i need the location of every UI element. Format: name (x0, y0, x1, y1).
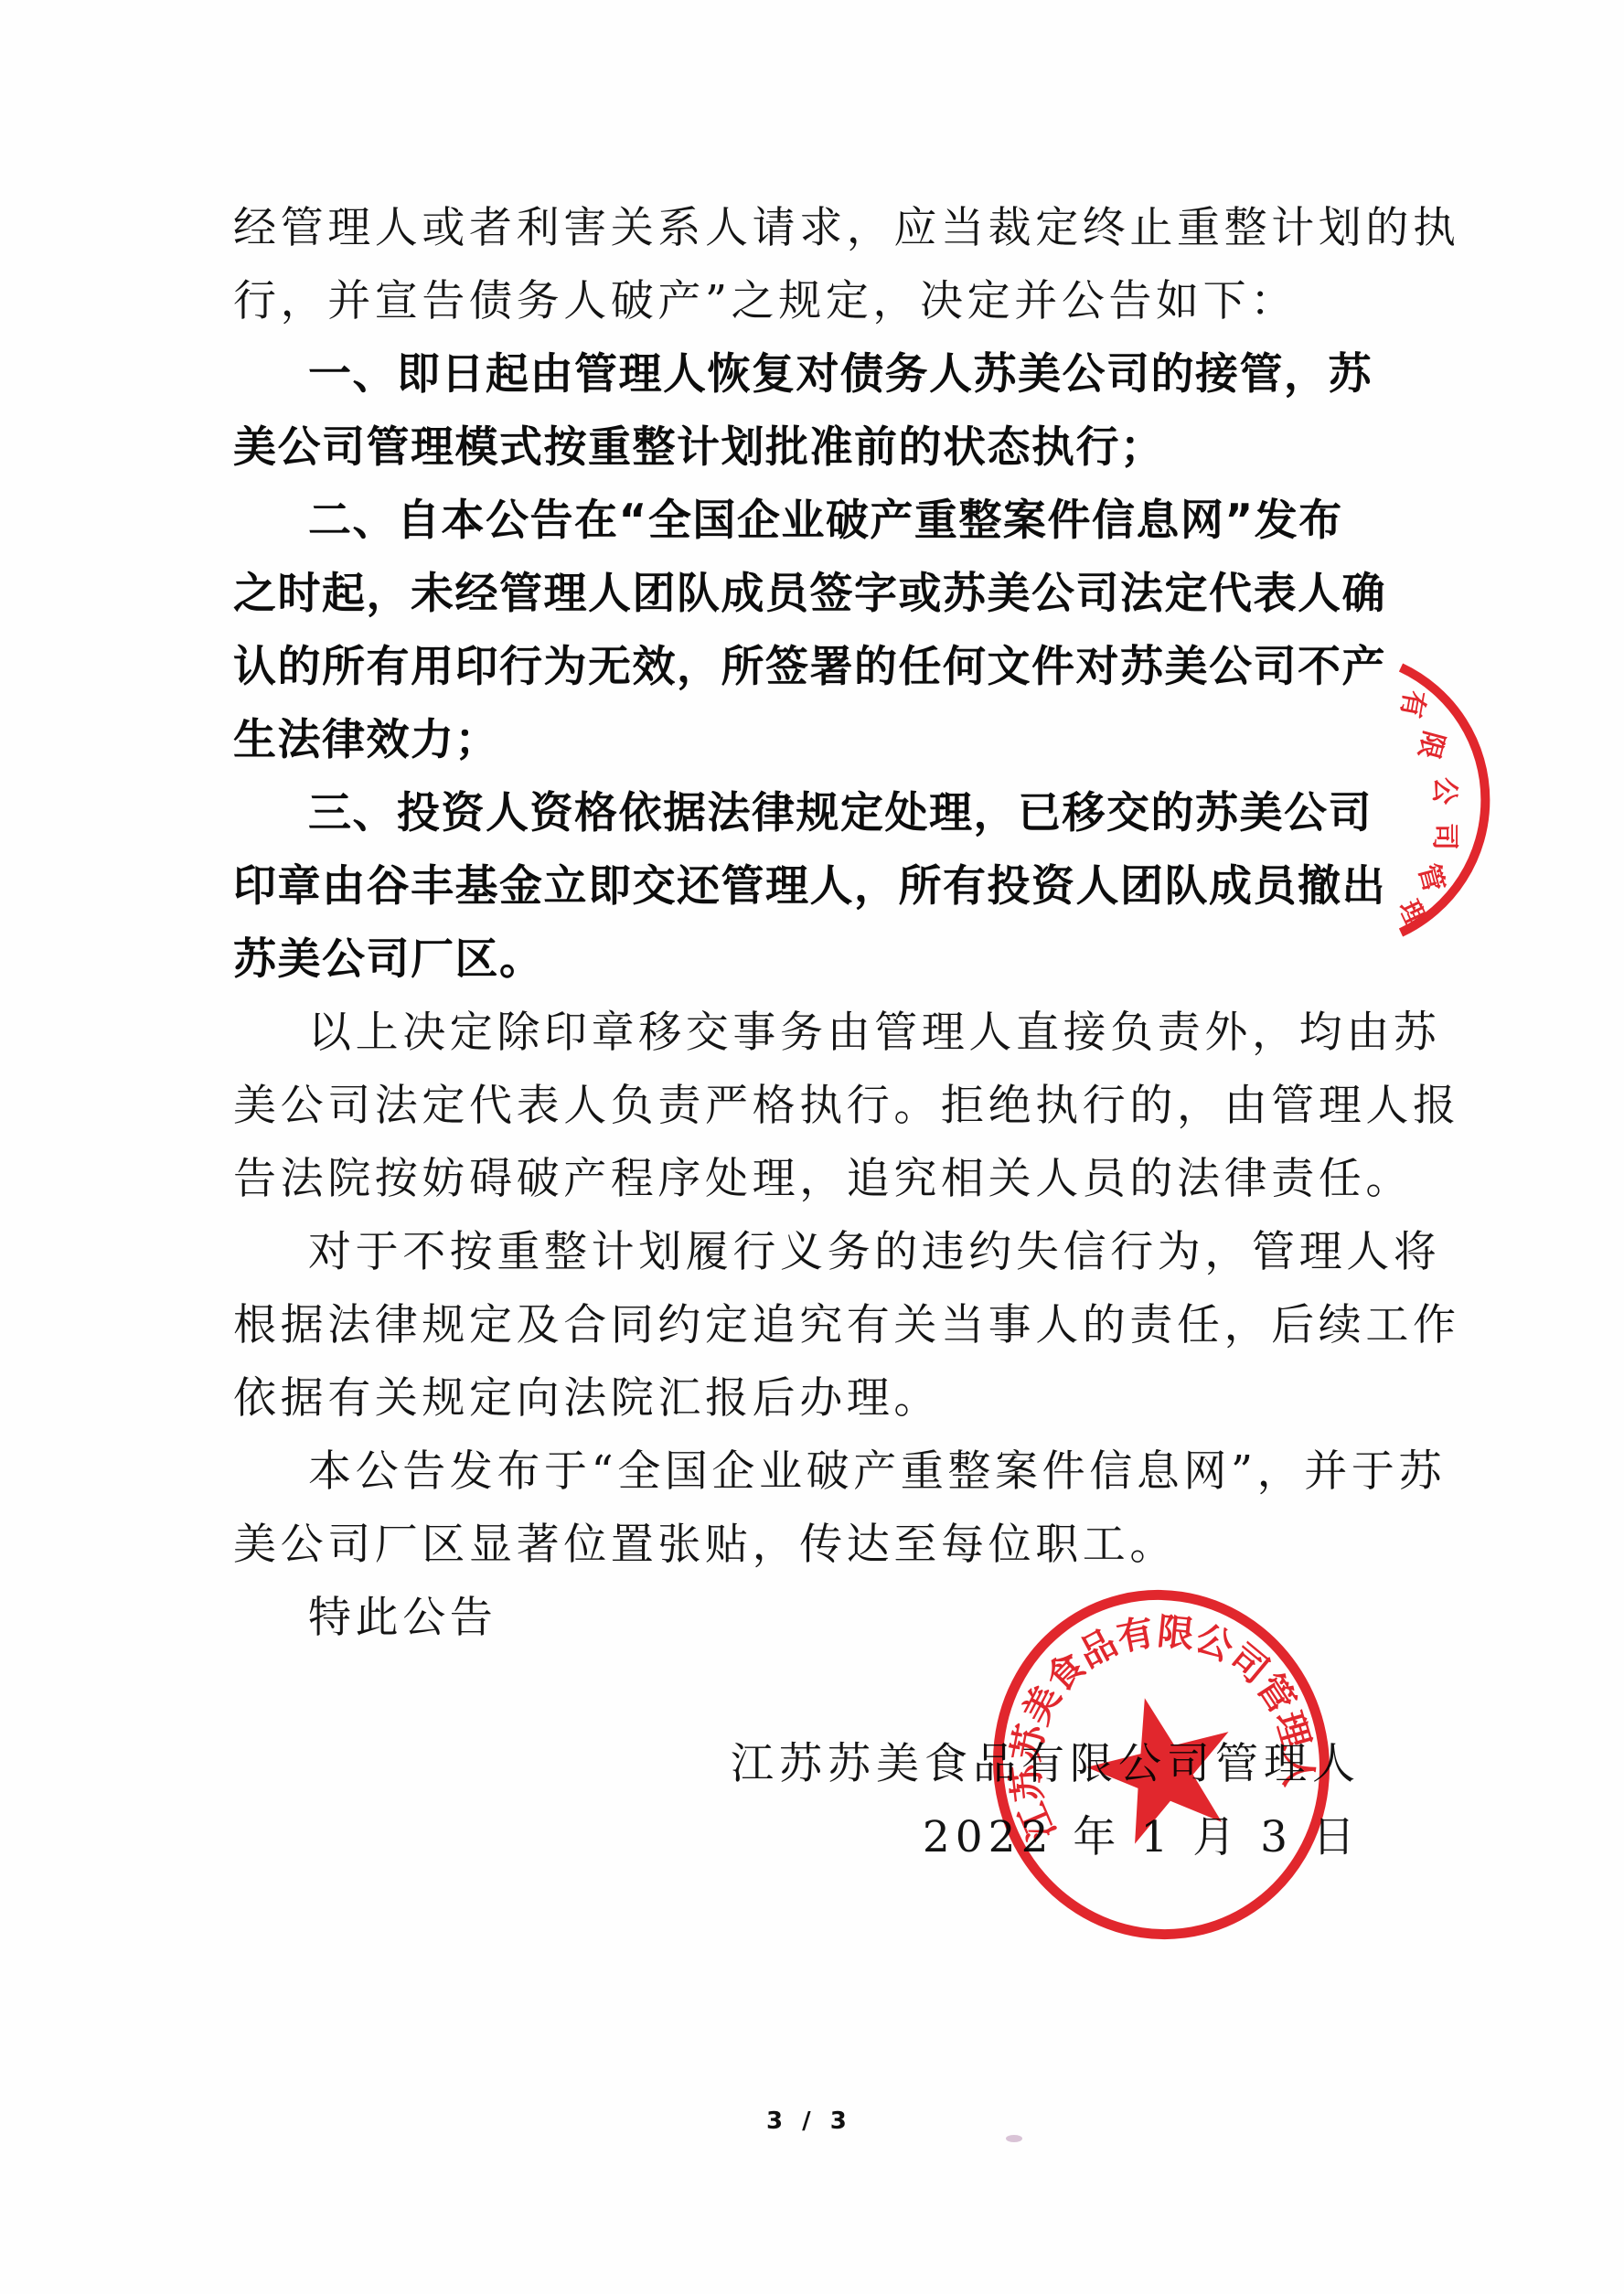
preamble-line-2: 行，并宣告债务人破产”之规定，决定并公告如下： (233, 265, 1367, 338)
svg-text:限: 限 (1412, 728, 1450, 763)
decision-2-line-4: 生法律效力； (233, 704, 1367, 777)
enforcement-line-1: 以上决定除印章移交事务由管理人直接负责外，均由苏 (233, 997, 1367, 1070)
svg-text:司: 司 (1428, 823, 1460, 850)
decision-2-line-2: 之时起，未经管理人团队成员签字或苏美公司法定代表人确 (233, 558, 1367, 631)
decision-3-line-1: 三、投资人资格依据法律规定处理，已移交的苏美公司 (233, 777, 1367, 850)
decision-2-line-3: 认的所有用印行为无效，所签署的任何文件对苏美公司不产 (233, 631, 1367, 704)
scan-smudge (1006, 2135, 1022, 2142)
svg-text:理: 理 (1392, 895, 1432, 934)
svg-text:有: 有 (1394, 688, 1431, 720)
publication-line-2: 美公司厂区显著位置张贴，传达至每位职工。 (233, 1509, 1367, 1582)
decision-3-line-3: 苏美公司厂区。 (233, 923, 1367, 997)
decision-1-line-2: 美公司管理模式按重整计划批准前的状态执行； (233, 411, 1367, 485)
liability-line-2: 根据法律规定及合同约定追究有关当事人的责任，后续工作 (233, 1289, 1367, 1362)
preamble-line-1: 经管理人或者利害关系人请求，应当裁定终止重整计划的执 (233, 192, 1367, 265)
enforcement-line-2: 美公司法定代表人负责严格执行。拒绝执行的，由管理人报 (233, 1070, 1367, 1143)
publication-line-1: 本公告发布于“全国企业破产重整案件信息网”，并于苏 (233, 1435, 1367, 1509)
enforcement-line-3: 告法院按妨碍破产程序处理，追究相关人员的法律责任。 (233, 1143, 1367, 1216)
document-body: 经管理人或者利害关系人请求，应当裁定终止重整计划的执 行，并宣告债务人破产”之规… (233, 192, 1367, 1655)
svg-text:公: 公 (1427, 775, 1461, 806)
decision-3-line-2: 印章由谷丰基金立即交还管理人，所有投资人团队成员撤出 (233, 850, 1367, 923)
svg-text:管: 管 (1412, 860, 1450, 895)
page-number: 3 / 3 (766, 2107, 852, 2135)
decision-2-line-1: 二、自本公告在“全国企业破产重整案件信息网”发布 (233, 485, 1367, 558)
document-page: 经管理人或者利害关系人请求，应当裁定终止重整计划的执 行，并宣告债务人破产”之规… (0, 0, 1624, 2294)
decision-1-line-1: 一、即日起由管理人恢复对债务人苏美公司的接管，苏 (233, 338, 1367, 411)
paging-seal-icon: 有 限 公 司 管 理 (1390, 640, 1536, 951)
company-seal-icon: 江苏苏美食品有限公司管理人 (983, 1586, 1340, 1943)
liability-line-3: 依据有关规定向法院汇报后办理。 (233, 1362, 1367, 1435)
liability-line-1: 对于不按重整计划履行义务的违约失信行为，管理人将 (233, 1216, 1367, 1289)
